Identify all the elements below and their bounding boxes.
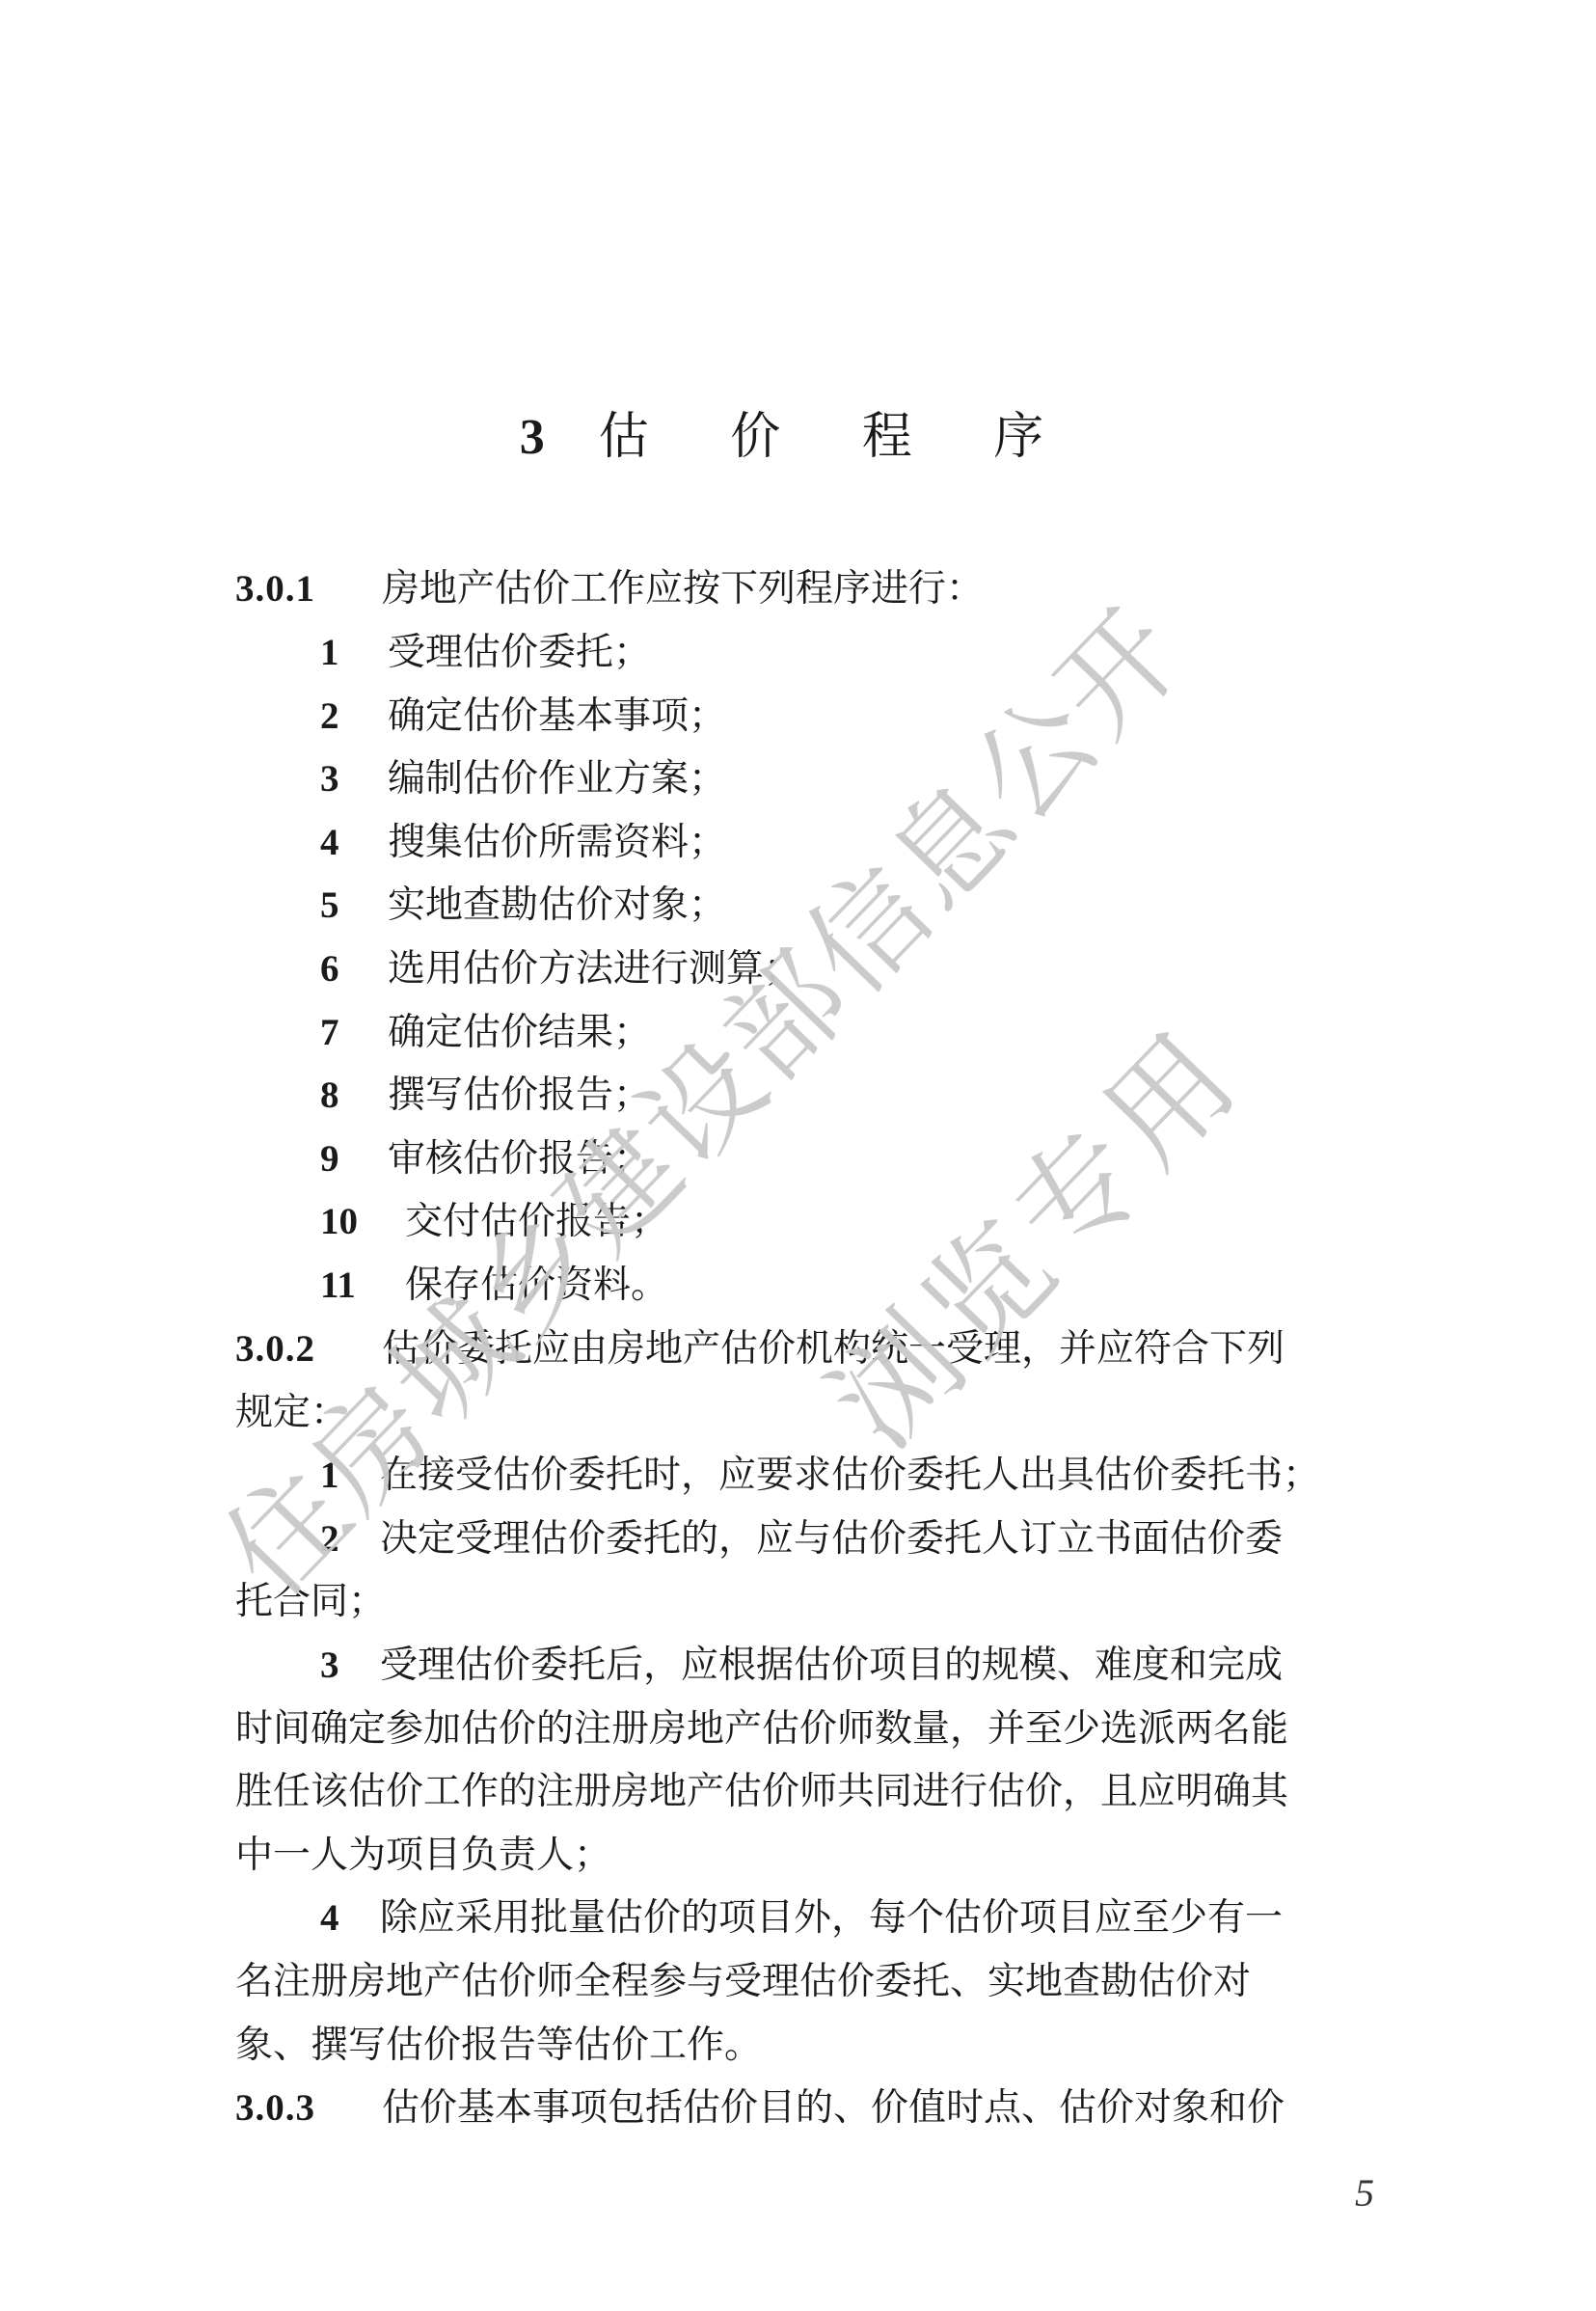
list-item: 5实地查勘估价对象； (235, 874, 1412, 938)
item-number: 5 (320, 874, 388, 938)
item-number: 6 (320, 938, 388, 1001)
list-item-continued: 时间确定参加估价的注册房地产估价师数量，并至少选派两名能 (235, 1698, 1412, 1761)
list-item: 9审核估价报告； (235, 1128, 1412, 1191)
clause-3-0-3: 3.0.3估价基本事项包括估价目的、价值时点、估价对象和价 (235, 2077, 1412, 2140)
item-number: 7 (320, 1001, 388, 1065)
item-number: 1 (320, 621, 388, 685)
clause-3-0-1: 3.0.1房地产估价工作应按下列程序进行： (235, 557, 1412, 621)
item-number: 9 (320, 1128, 388, 1191)
list-item-continued: 象、撰写估价报告等估价工作。 (235, 2014, 1412, 2078)
item-text: 编制估价作业方案； (388, 757, 726, 801)
item-text: 托合同； (235, 1580, 386, 1623)
item-number: 8 (320, 1064, 388, 1128)
clause-text: 估价委托应由房地产估价机构统一受理，并应符合下列 (382, 1327, 1285, 1371)
list-item: 8撰写估价报告； (235, 1064, 1412, 1128)
item-text: 在接受估价委托时，应要求估价委托人出具估价委托书； (380, 1454, 1320, 1497)
item-text: 交付估价报告； (405, 1200, 668, 1243)
item-text: 中一人为项目负责人； (235, 1834, 611, 1877)
clause-text-continued: 规定： (235, 1381, 1412, 1445)
clause-text: 估价基本事项包括估价目的、价值时点、估价对象和价 (382, 2086, 1285, 2130)
item-number: 4 (320, 811, 388, 875)
list-item: 2确定估价基本事项； (235, 685, 1412, 748)
list-item: 1受理估价委托； (235, 621, 1412, 685)
list-item-continued: 托合同； (235, 1570, 1412, 1634)
item-text: 受理估价委托后，应根据估价项目的规模、难度和完成 (380, 1644, 1283, 1687)
item-number: 2 (320, 685, 388, 748)
list-item: 2决定受理估价委托的，应与估价委托人订立书面估价委 (235, 1508, 1412, 1571)
item-number: 11 (320, 1254, 405, 1318)
chapter-heading: 3估 价 程 序 (0, 403, 1596, 472)
list-item-continued: 名注册房地产估价师全程参与受理估价委托、实地查勘估价对 (235, 1950, 1412, 2014)
clause-text: 规定： (235, 1391, 348, 1434)
clause-number: 3.0.1 (235, 557, 382, 621)
item-text: 搜集估价所需资料； (388, 821, 726, 864)
list-item: 4搜集估价所需资料； (235, 811, 1412, 875)
item-text: 除应采用批量估价的项目外，每个估价项目应至少有一 (380, 1896, 1283, 1940)
list-item: 10交付估价报告； (235, 1190, 1412, 1254)
clause-number: 3.0.3 (235, 2077, 382, 2140)
list-item: 1在接受估价委托时，应要求估价委托人出具估价委托书； (235, 1444, 1412, 1508)
list-item: 6选用估价方法进行测算； (235, 938, 1412, 1001)
item-text: 实地查勘估价对象； (388, 884, 726, 927)
item-text: 时间确定参加估价的注册房地产估价师数量，并至少选派两名能 (235, 1707, 1288, 1751)
item-text: 决定受理估价委托的，应与估价委托人订立书面估价委 (380, 1517, 1283, 1561)
item-text: 胜任该估价工作的注册房地产估价师共同进行估价，且应明确其 (235, 1770, 1288, 1813)
item-text: 象、撰写估价报告等估价工作。 (235, 2024, 762, 2067)
clause-text: 房地产估价工作应按下列程序进行： (382, 567, 984, 611)
list-item-continued: 胜任该估价工作的注册房地产估价师共同进行估价，且应明确其 (235, 1760, 1412, 1824)
chapter-title: 估 价 程 序 (599, 408, 1077, 466)
chapter-number: 3 (520, 410, 545, 465)
item-number: 10 (320, 1190, 405, 1254)
item-number: 2 (320, 1508, 380, 1571)
item-text: 审核估价报告； (388, 1137, 651, 1181)
item-number: 4 (320, 1887, 380, 1950)
clause-3-0-2: 3.0.2估价委托应由房地产估价机构统一受理，并应符合下列 (235, 1318, 1412, 1381)
item-number: 3 (320, 1634, 380, 1698)
list-item: 7确定估价结果； (235, 1001, 1412, 1065)
list-item: 4除应采用批量估价的项目外，每个估价项目应至少有一 (235, 1887, 1412, 1950)
document-page: 3估 价 程 序 3.0.1房地产估价工作应按下列程序进行： 1受理估价委托； … (0, 0, 1596, 2311)
item-number: 1 (320, 1444, 380, 1508)
item-text: 确定估价基本事项； (388, 694, 726, 738)
item-text: 撰写估价报告； (388, 1074, 651, 1117)
list-item-continued: 中一人为项目负责人； (235, 1824, 1412, 1888)
item-text: 选用估价方法进行测算； (388, 947, 801, 991)
item-text: 名注册房地产估价师全程参与受理估价委托、实地查勘估价对 (235, 1960, 1251, 2003)
item-text: 保存估价资料。 (405, 1264, 668, 1307)
item-text: 确定估价结果； (388, 1011, 651, 1054)
list-item: 3受理估价委托后，应根据估价项目的规模、难度和完成 (235, 1634, 1412, 1698)
page-number: 5 (1355, 2170, 1374, 2216)
item-text: 受理估价委托； (388, 631, 651, 674)
list-item: 3编制估价作业方案； (235, 748, 1412, 811)
item-number: 3 (320, 748, 388, 811)
clause-number: 3.0.2 (235, 1318, 382, 1381)
list-item: 11保存估价资料。 (235, 1254, 1412, 1318)
